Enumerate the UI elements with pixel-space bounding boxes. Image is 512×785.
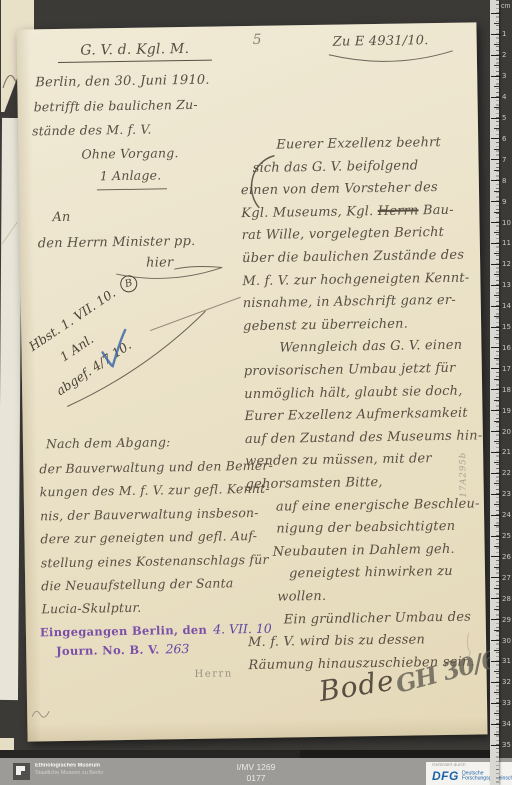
ruler-number: 17 [502, 365, 511, 373]
ruler-number: 18 [502, 386, 511, 394]
letter-body: Euerer Exzellenz beehrtsich das G. V. be… [16, 22, 476, 29]
ruler-number: 29 [502, 616, 511, 624]
handwriting-line: nigung der beabsichtigten [276, 519, 455, 537]
ruler-tick [491, 452, 501, 453]
ruler-tick [491, 118, 501, 119]
ruler-tick [491, 201, 501, 202]
ruler-half-tick [494, 483, 500, 484]
ruler-half-tick [494, 567, 500, 568]
ruler-tick [491, 703, 501, 704]
ruler-number: 2 [502, 51, 506, 59]
funding-label: Gefördert durch [432, 763, 496, 768]
address-block: Anden Herrn Minister pp.hier [16, 22, 476, 29]
handwriting-line: gebenst zu überreichen. [243, 316, 408, 334]
ruler-half-tick [494, 149, 500, 150]
header-line: G. V. d. Kgl. M. [58, 41, 212, 63]
ruler-half-tick [494, 525, 500, 526]
ruler-number: 13 [502, 281, 511, 289]
underline-flourish [327, 49, 457, 67]
document-id: I/MV 1269 [120, 762, 392, 773]
abgang-line: dere zur geneigten und gefl. Auf- [40, 528, 257, 546]
ruler-half-tick [494, 379, 500, 380]
ruler-tick [491, 724, 501, 725]
institution-text: Ethnologisches Museum Staatliche Museen … [35, 763, 103, 777]
ruler-tick [491, 76, 501, 77]
ruler-half-tick [494, 23, 500, 24]
footer-bar: Ethnologisches Museum Staatliche Museen … [0, 758, 512, 785]
ruler-half-tick [494, 692, 500, 693]
ruler-number: 14 [502, 302, 511, 310]
abgang-heading: Nach dem Abgang: [46, 434, 171, 451]
abgang-line: nis, der Bauverwaltung insbeson- [40, 505, 259, 523]
address-line: An [52, 210, 70, 225]
ruler-half-tick [494, 609, 500, 610]
handwriting-line: unmöglich hält, glaubt sie doch, [244, 383, 463, 401]
ruler-tick [491, 264, 501, 265]
ruler-number: 21 [502, 448, 511, 456]
handwriting-line: wenden zu müssen, mit der [245, 452, 432, 470]
ruler-number: 16 [502, 344, 511, 352]
ruler-tick [491, 180, 501, 181]
header-line: stände des M. f. V. [32, 122, 152, 139]
stamp-label: Journ. No. B. V. [56, 642, 160, 658]
ruler-half-tick [494, 546, 500, 547]
ruler-tick [491, 347, 501, 348]
ruler-half-tick [494, 421, 500, 422]
pencil-countersign: GH 30/6 [393, 644, 500, 699]
ruler-half-tick [494, 400, 500, 401]
ruler-unit-label: cm [501, 3, 510, 10]
ruler-number: 5 [502, 114, 506, 122]
ruler-half-tick [494, 441, 500, 442]
ruler-number: 30 [502, 637, 511, 645]
ruler-tick [491, 368, 501, 369]
ruler-tick [491, 619, 501, 620]
ruler-tick [491, 515, 501, 516]
underline [97, 188, 167, 190]
ruler-half-tick [494, 170, 500, 171]
ruler-half-tick [494, 588, 500, 589]
ruler-number: 27 [502, 574, 511, 582]
ruler-number: 24 [502, 511, 511, 519]
ruler-tick [491, 285, 501, 286]
ruler-tick [491, 159, 501, 160]
received-stamp-line2: Journ. No. B. V.263 [56, 640, 189, 660]
institution-name: Ethnologisches Museum [35, 763, 103, 770]
abgang-block: der Bauverwaltung und den Bemer-kungen d… [16, 22, 476, 29]
handwriting-line: Euerer Exzellenz beehrt [276, 135, 441, 153]
ruler-number: 12 [502, 260, 511, 268]
struck-word: Herrn [378, 203, 419, 219]
handwriting-line: provisorischen Umbau jetzt für [244, 361, 456, 379]
ruler-half-tick [494, 295, 500, 296]
handwriting-line: einen von dem Vorsteher des [241, 180, 438, 198]
header-line: 1 Anlage. [100, 167, 162, 183]
smb-logo-icon [13, 763, 30, 780]
mat-shadow-strip [300, 750, 490, 758]
ruler-tick [491, 598, 501, 599]
ruler-number: 3 [502, 72, 506, 80]
handwriting-line: M. f. V. wird bis zu dessen [248, 633, 425, 651]
ruler-half-tick [494, 337, 500, 338]
header-line: betrifft die baulichen Zu- [34, 97, 198, 115]
header-block: G. V. d. Kgl. M.Berlin, den 30. Juni 191… [16, 22, 476, 29]
ruler-half-tick [494, 128, 500, 129]
ruler-number: 28 [502, 595, 511, 603]
blue-checkmark [99, 328, 128, 370]
ruler-half-tick [494, 462, 500, 463]
ruler-number: 19 [502, 407, 511, 415]
ruler-tick [491, 97, 501, 98]
ruler-half-tick [494, 212, 500, 213]
archive-scan: 5 Zu E 4931/10. G. V. d. Kgl. M.Berlin, … [0, 0, 512, 785]
ruler-half-tick [494, 734, 500, 735]
ruler-number: 15 [502, 323, 511, 331]
handwriting-line: nisnahme, in Abschrift ganz er- [243, 293, 456, 311]
mat-shadow-strip [0, 750, 300, 758]
faint-stroke [1, 218, 19, 248]
stamp-journal-number: 263 [165, 641, 189, 656]
ruler-tick [491, 243, 501, 244]
ruler-number: 4 [502, 93, 506, 101]
ruler-half-tick [494, 44, 500, 45]
ruler-half-tick [494, 191, 500, 192]
ruler-number: 34 [502, 720, 511, 728]
ruler-tick [491, 222, 501, 223]
header-line: Ohne Vorgang. [81, 145, 178, 162]
ruler-half-tick [494, 232, 500, 233]
ruler-number: 31 [502, 657, 511, 665]
handwriting-line: auf eine energische Beschleu- [276, 496, 480, 514]
document-reference: I/MV 1269 0177 [120, 762, 392, 783]
ruler-tick [491, 473, 501, 474]
logo-shape [21, 771, 26, 776]
handwriting-line: Kgl. Museums, Kgl. Herrn Bau- [241, 203, 454, 221]
handwriting-line: über die baulichen Zustände des [242, 248, 464, 266]
handwriting-line: sich das G. V. beifolgend [253, 158, 419, 176]
ruler-tick [491, 556, 501, 557]
abgang-line: Lucia-Skulptur. [41, 600, 141, 617]
ruler-number: 20 [502, 428, 511, 436]
ruler-half-tick [494, 630, 500, 631]
ruler-half-tick [494, 274, 500, 275]
ruler-half-tick [494, 316, 500, 317]
ruler-tick [491, 745, 501, 746]
ruler-number: 1 [502, 30, 506, 38]
abgang-line: der Bauverwaltung und den Bemer- [39, 458, 273, 477]
ruler-half-tick [494, 86, 500, 87]
ruler-half-tick [494, 713, 500, 714]
ruler-number: 23 [502, 490, 511, 498]
ruler-tick [491, 682, 501, 683]
ruler-tick [491, 536, 501, 537]
abgang-line: kungen des M. f. V. zur gefl. Kennt- [40, 481, 270, 500]
ruler-half-tick [494, 358, 500, 359]
received-stamp-line1: Eingegangen Berlin, den4. VII. 10 [40, 620, 272, 642]
margin-pencil-note: 17A295b [458, 420, 470, 530]
ruler-tick [491, 34, 501, 35]
ruler-number: 6 [502, 135, 506, 143]
ruler-tick [491, 306, 501, 307]
handwriting-line: Eurer Exzellenz Aufmerksamkeit [244, 406, 467, 425]
handwriting-line: Neubauten in Dahlem geh. [273, 542, 455, 560]
handwriting-line: M. f. V. zur hochgeneigten Kennt- [242, 270, 469, 289]
handwriting-line: Ein gründlicher Umbau des [284, 609, 472, 627]
faint-pencil-mark [462, 631, 477, 671]
ruler-number: 32 [502, 678, 511, 686]
pencil-diagonal-line [149, 294, 244, 333]
ruler-tick [491, 327, 501, 328]
institution-block: Ethnologisches Museum Staatliche Museen … [13, 763, 109, 780]
ruler-tick [491, 55, 501, 56]
ruler-number: 26 [502, 553, 511, 561]
abgang-line: die Neuaufstellung der Santa [41, 575, 234, 593]
ruler-half-tick [494, 65, 500, 66]
ruler-number: 11 [502, 239, 511, 247]
stamp-label: Eingegangen Berlin, den [40, 623, 207, 640]
ruler: cm 1234567891011121314151617181920212223… [490, 0, 512, 785]
ruler-number: 33 [502, 699, 511, 707]
reference-note: Zu E 4931/10. [333, 33, 429, 50]
ruler-tick [491, 577, 501, 578]
handwriting-line: rat Wille, vorgelegten Bericht [242, 225, 445, 243]
ruler-half-tick [494, 650, 500, 651]
handwriting-line: gehorsamsten Bitte, [245, 475, 382, 492]
ruler-tick [491, 431, 501, 432]
addressee-note: Herrn [194, 668, 232, 680]
institution-subtitle: Staatliche Museen zu Berlin [35, 770, 103, 777]
ruler-number: 35 [502, 741, 511, 749]
ruler-half-tick [494, 107, 500, 108]
ruler-tick [491, 389, 501, 390]
handwriting-line: auf den Zustand des Museums hin- [245, 428, 483, 447]
abgang-line: stellung eines Kostenanschlags für [41, 551, 269, 570]
dfg-logo: DFG [432, 769, 459, 783]
ruler-tick [491, 13, 501, 14]
scan-number: 0177 [120, 773, 392, 784]
ruler-number: 9 [502, 198, 506, 206]
ruler-number: 10 [502, 219, 511, 227]
ruler-tick [491, 494, 501, 495]
pencil-mark [31, 705, 55, 721]
ruler-number: 7 [502, 156, 506, 164]
handwriting-line: wollen. [277, 589, 326, 605]
ruler-tick [491, 410, 501, 411]
ruler-tick [491, 661, 501, 662]
header-line: Berlin, den 30. Juni 1910. [35, 73, 210, 91]
handwriting-line: geneigtest hinwirken zu [289, 564, 453, 582]
monogram-initial: B [118, 273, 139, 294]
ruler-number: 22 [502, 469, 511, 477]
ruler-half-tick [494, 504, 500, 505]
handwriting-line: Wenngleich das G. V. einen [279, 338, 462, 356]
folio-number: 5 [253, 32, 262, 48]
ruler-half-tick [494, 253, 500, 254]
ruler-number: 8 [502, 177, 506, 185]
ruler-number: 25 [502, 532, 511, 540]
letter-page: 5 Zu E 4931/10. G. V. d. Kgl. M.Berlin, … [16, 22, 487, 741]
ruler-half-tick [494, 671, 500, 672]
ruler-tick [491, 138, 501, 139]
ruler-tick [491, 640, 501, 641]
